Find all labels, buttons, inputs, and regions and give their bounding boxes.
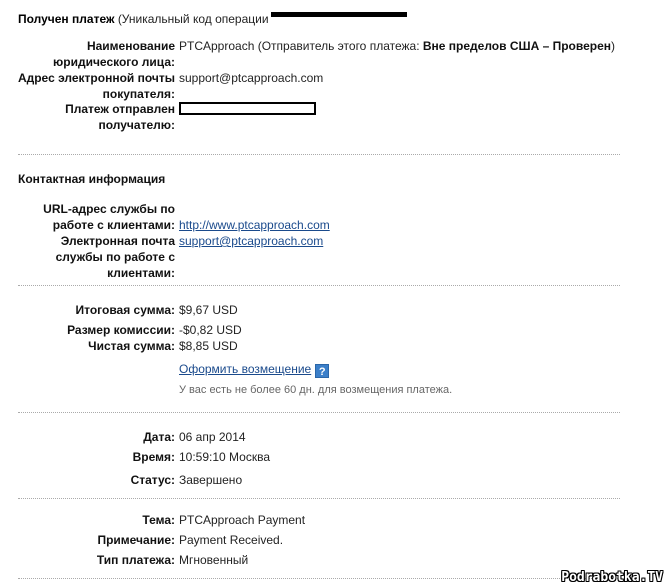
payment-type-label: Тип платежа: — [97, 552, 175, 568]
refund-note: У вас есть не более 60 дн. для возмещени… — [179, 384, 452, 396]
status-label: Статус: — [131, 472, 175, 488]
contact-section-title: Контактная информация — [18, 172, 165, 186]
payment-header: Получен платеж (Уникальный код операции — [18, 12, 407, 26]
service-url-link[interactable]: http://www.ptcapproach.com — [179, 218, 330, 232]
divider — [18, 285, 620, 286]
fee-value: -$0,82 USD — [179, 322, 242, 338]
buyer-email-value: support@ptcapproach.com — [179, 70, 323, 86]
header-title: Получен платеж — [18, 12, 114, 26]
subject-label: Тема: — [142, 512, 175, 528]
buyer-email-label: Адрес электронной почты покупателя: — [5, 70, 175, 102]
date-label: Дата: — [143, 429, 175, 445]
note-label: Примечание: — [97, 532, 175, 548]
service-email-label: Электронная почта службы по работе с кли… — [35, 233, 175, 281]
subject-value: PTCApproach Payment — [179, 512, 305, 528]
fee-label: Размер комиссии: — [67, 322, 175, 338]
status-value: Завершено — [179, 472, 242, 488]
service-url-label: URL-адрес службы по работе с клиентами: — [35, 201, 175, 233]
redacted-recipient — [179, 102, 316, 115]
net-amount-label: Чистая сумма: — [88, 338, 175, 354]
divider — [18, 578, 620, 579]
sent-to-value — [179, 100, 316, 116]
legal-name-value: PTCApproach (Отправитель этого платежа: … — [179, 38, 615, 54]
gross-amount-value: $9,67 USD — [179, 302, 238, 318]
watermark: Podrabotka.TV — [561, 570, 663, 585]
gross-amount-label: Итоговая сумма: — [75, 302, 175, 318]
service-email-link[interactable]: support@ptcapproach.com — [179, 234, 323, 248]
note-value: Payment Received. — [179, 532, 283, 548]
verification-status: Вне пределов США – Проверен — [423, 39, 611, 53]
transaction-id-label: (Уникальный код операции — [118, 12, 269, 26]
payment-type-value: Мгновенный — [179, 552, 248, 568]
time-value: 10:59:10 Москва — [179, 449, 270, 465]
sent-to-label: Платеж отправлен получателю: — [45, 101, 175, 133]
date-value: 06 апр 2014 — [179, 429, 246, 445]
time-label: Время: — [133, 449, 175, 465]
divider — [18, 498, 620, 499]
help-icon[interactable]: ? — [315, 364, 329, 378]
legal-name-label: Наименование юридического лица: — [5, 38, 175, 70]
net-amount-value: $8,85 USD — [179, 338, 238, 354]
divider — [18, 154, 620, 155]
refund-link[interactable]: Оформить возмещение — [179, 362, 311, 376]
redacted-transaction-id — [271, 12, 407, 17]
divider — [18, 412, 620, 413]
